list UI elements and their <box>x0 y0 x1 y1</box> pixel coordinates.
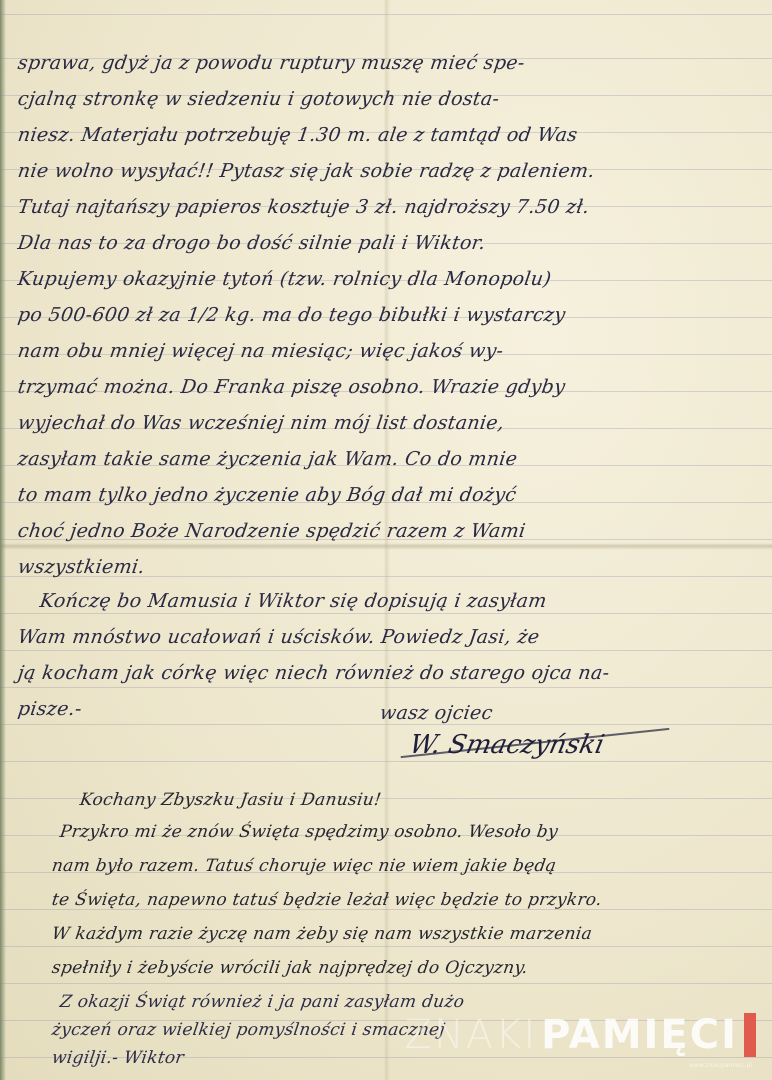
letter-line: nie wolno wysyłać!! Pytasz się jak sobie… <box>16 160 755 182</box>
watermark-text-light: ZNAKI <box>404 1012 537 1058</box>
letter-line: Z okazji Świąt również i ja pani zasyłam… <box>59 992 756 1012</box>
letter-line: spełniły i żebyście wrócili jak najprędz… <box>51 958 756 978</box>
watermark-accent-bar <box>744 1013 756 1057</box>
letter-line: Przykro mi że znów Święta spędzimy osobn… <box>59 822 756 842</box>
letter-line: Kupujemy okazyjnie tytoń (tzw. rolnicy d… <box>16 268 755 290</box>
paper-edge <box>0 0 6 1080</box>
letter-line: wyjechał do Was wcześniej nim mój list d… <box>16 412 755 434</box>
letter-line: W każdym razie życzę nam żeby się nam ws… <box>51 924 756 944</box>
letter-line: trzymać można. Do Franka piszę osobno. W… <box>16 376 755 398</box>
letter-line: choć jedno Boże Narodzenie spędzić razem… <box>16 520 755 542</box>
letter-line: po 500-600 zł za 1/2 kg. ma do tego bibu… <box>16 304 755 326</box>
letter-line: nam obu mniej więcej na miesiąc; więc ja… <box>16 340 755 362</box>
letter-line: niesz. Materjału potrzebuję 1.30 m. ale … <box>16 124 755 146</box>
letter-line: wszystkiemi. <box>16 556 755 578</box>
letter-line: Tutaj najtańszy papieros kosztuje 3 zł. … <box>16 196 755 218</box>
letter-line: ją kocham jak córkę więc niech również d… <box>16 662 755 684</box>
greeting: Kochany Zbyszku Jasiu i Danusiu! <box>79 790 756 810</box>
letter-line: nam było razem. Tatuś choruje więc nie w… <box>51 856 756 876</box>
letter-closing: wasz ojciec <box>378 702 755 724</box>
letter-line: zasyłam takie same życzenia jak Wam. Co … <box>16 448 755 470</box>
letter-line: cjalną stronkę w siedzeniu i gotowych ni… <box>16 88 755 110</box>
watermark-text-bold: PAMIĘCI <box>541 1012 738 1058</box>
letter-line: Kończę bo Mamusia i Wiktor się dopisują … <box>38 590 755 612</box>
letter-line: Wam mnóstwo ucałowań i uścisków. Powiedz… <box>16 626 755 648</box>
watermark: ZNAKI PAMIĘCI <box>404 1012 756 1058</box>
letter-line: to mam tylko jedno życzenie aby Bóg dał … <box>16 484 755 506</box>
letter-line: te Święta, napewno tatuś będzie leżał wi… <box>51 890 756 910</box>
watermark-url: www.znakipamieci.pl <box>689 1062 752 1069</box>
letter-line: Dla nas to za drogo bo dość silnie pali … <box>16 232 755 254</box>
letter-page: sprawa, gdyż ja z powodu ruptury muszę m… <box>0 0 772 1080</box>
letter-line: sprawa, gdyż ja z powodu ruptury muszę m… <box>16 52 755 74</box>
